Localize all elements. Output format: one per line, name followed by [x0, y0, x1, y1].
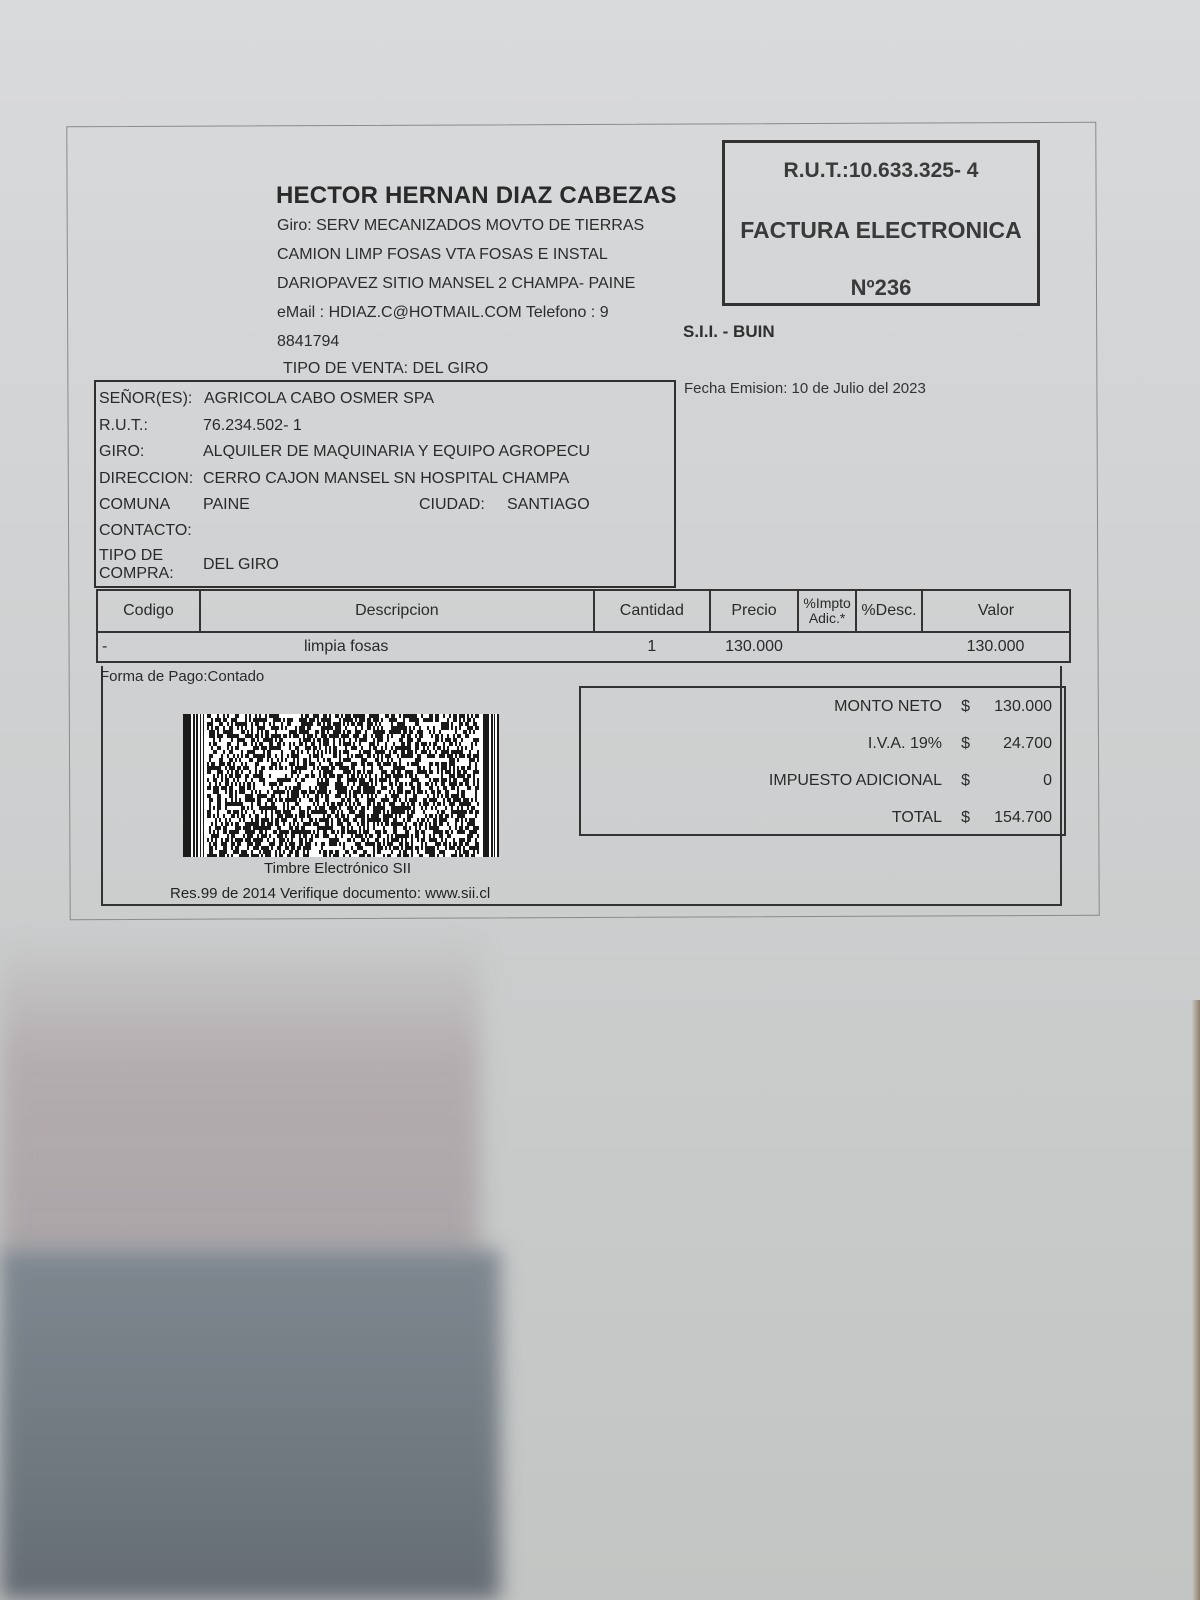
table-edge	[1192, 1000, 1200, 1600]
cell-precio: 130.000	[710, 632, 798, 662]
purchase-type-label-line2: COMPRA:	[99, 565, 174, 582]
client-info-box: SEÑOR(ES): AGRICOLA CABO OSMER SPA R.U.T…	[94, 380, 676, 588]
client-giro: ALQUILER DE MAQUINARIA Y EQUIPO AGROPECU	[203, 443, 590, 461]
col-impto-line1: %Impto	[803, 595, 850, 611]
client-purchase-type: DEL GIRO	[203, 556, 279, 574]
totals-row: IMPUESTO ADICIONAL$0	[581, 772, 1064, 792]
pdf417-barcode	[183, 714, 499, 857]
photo-shadow-dark	[0, 1250, 500, 1600]
currency-symbol: $	[961, 772, 970, 790]
items-header-row: Codigo Descripcion Cantidad Precio %Impt…	[97, 590, 1070, 632]
totals-value: 130.000	[994, 698, 1052, 716]
totals-label: MONTO NETO	[834, 698, 942, 716]
col-desc: %Desc.	[856, 590, 922, 632]
issuer-contact: eMail : HDIAZ.C@HOTMAIL.COM Telefono : 9	[277, 304, 609, 322]
col-impto-line2: Adic.*	[809, 610, 846, 626]
client-address: CERRO CAJON MANSEL SN HOSPITAL CHAMPA	[203, 470, 569, 488]
issuer-giro: Giro: SERV MECANIZADOS MOVTO DE TIERRAS	[277, 217, 644, 235]
sale-type: TIPO DE VENTA: DEL GIRO	[283, 360, 488, 378]
cell-cantidad: 1	[594, 632, 710, 662]
col-codigo: Codigo	[97, 590, 200, 632]
client-rut-label: R.U.T.:	[99, 417, 148, 435]
totals-value: 0	[1043, 772, 1052, 790]
client-city: SANTIAGO	[507, 496, 590, 514]
document-type: FACTURA ELECTRONICA	[725, 217, 1037, 244]
col-impto-adic: %Impto Adic.*	[798, 590, 856, 632]
client-address-label: DIRECCION:	[99, 470, 193, 488]
cell-valor: 130.000	[922, 632, 1070, 662]
payment-method: Forma de Pago:Contado	[100, 668, 264, 685]
issuer-giro-cont: CAMION LIMP FOSAS VTA FOSAS E INSTAL	[277, 246, 608, 264]
client-city-label: CIUDAD:	[419, 496, 485, 514]
issuer-rut: R.U.T.:10.633.325- 4	[725, 159, 1037, 183]
client-comuna-label: COMUNA	[99, 496, 170, 514]
totals-value: 24.700	[1003, 735, 1052, 753]
currency-symbol: $	[961, 809, 970, 827]
col-precio: Precio	[710, 590, 798, 632]
client-name-label: SEÑOR(ES):	[99, 390, 192, 408]
resolution-note: Res.99 de 2014 Verifique documento: www.…	[170, 885, 490, 902]
client-comuna: PAINE	[203, 496, 250, 514]
col-cantidad: Cantidad	[594, 590, 710, 632]
totals-label: I.V.A. 19%	[868, 735, 942, 753]
issue-date: Fecha Emision: 10 de Julio del 2023	[684, 380, 926, 397]
electronic-stamp-label: Timbre Electrónico SII	[264, 860, 411, 877]
client-name: AGRICOLA CABO OSMER SPA	[204, 390, 434, 408]
cell-desc	[856, 632, 922, 662]
currency-symbol: $	[961, 698, 970, 716]
issuer-name: HECTOR HERNAN DIAZ CABEZAS	[276, 182, 677, 210]
items-table: Codigo Descripcion Cantidad Precio %Impt…	[96, 589, 1071, 663]
totals-label: IMPUESTO ADICIONAL	[769, 772, 942, 790]
col-valor: Valor	[922, 590, 1070, 632]
sii-office: S.I.I. - BUIN	[683, 322, 775, 342]
totals-row: MONTO NETO$130.000	[581, 698, 1064, 718]
photo-shadow	[0, 930, 480, 1260]
cell-descripcion: limpia fosas	[200, 632, 594, 662]
totals-row: I.V.A. 19%$24.700	[581, 735, 1064, 755]
totals-box: MONTO NETO$130.000I.V.A. 19%$24.700IMPUE…	[579, 686, 1066, 836]
cell-codigo: -	[97, 632, 200, 662]
client-purchase-type-label: TIPO DE COMPRA:	[99, 547, 174, 583]
cell-impto	[798, 632, 856, 662]
issuer-address: DARIOPAVEZ SITIO MANSEL 2 CHAMPA- PAINE	[277, 275, 635, 293]
col-descripcion: Descripcion	[200, 590, 594, 632]
totals-value: 154.700	[994, 809, 1052, 827]
issuer-phone-cont: 8841794	[277, 333, 339, 351]
document-number: Nº236	[725, 275, 1037, 301]
client-giro-label: GIRO:	[99, 443, 144, 461]
purchase-type-label-line1: TIPO DE	[99, 547, 163, 564]
client-contact-label: CONTACTO:	[99, 522, 192, 540]
totals-label: TOTAL	[892, 809, 942, 827]
document-id-box: R.U.T.:10.633.325- 4 FACTURA ELECTRONICA…	[722, 140, 1040, 306]
currency-symbol: $	[961, 735, 970, 753]
table-row: -limpia fosas1130.000130.000	[97, 632, 1070, 662]
totals-row: TOTAL$154.700	[581, 809, 1064, 829]
client-rut: 76.234.502- 1	[203, 417, 302, 435]
